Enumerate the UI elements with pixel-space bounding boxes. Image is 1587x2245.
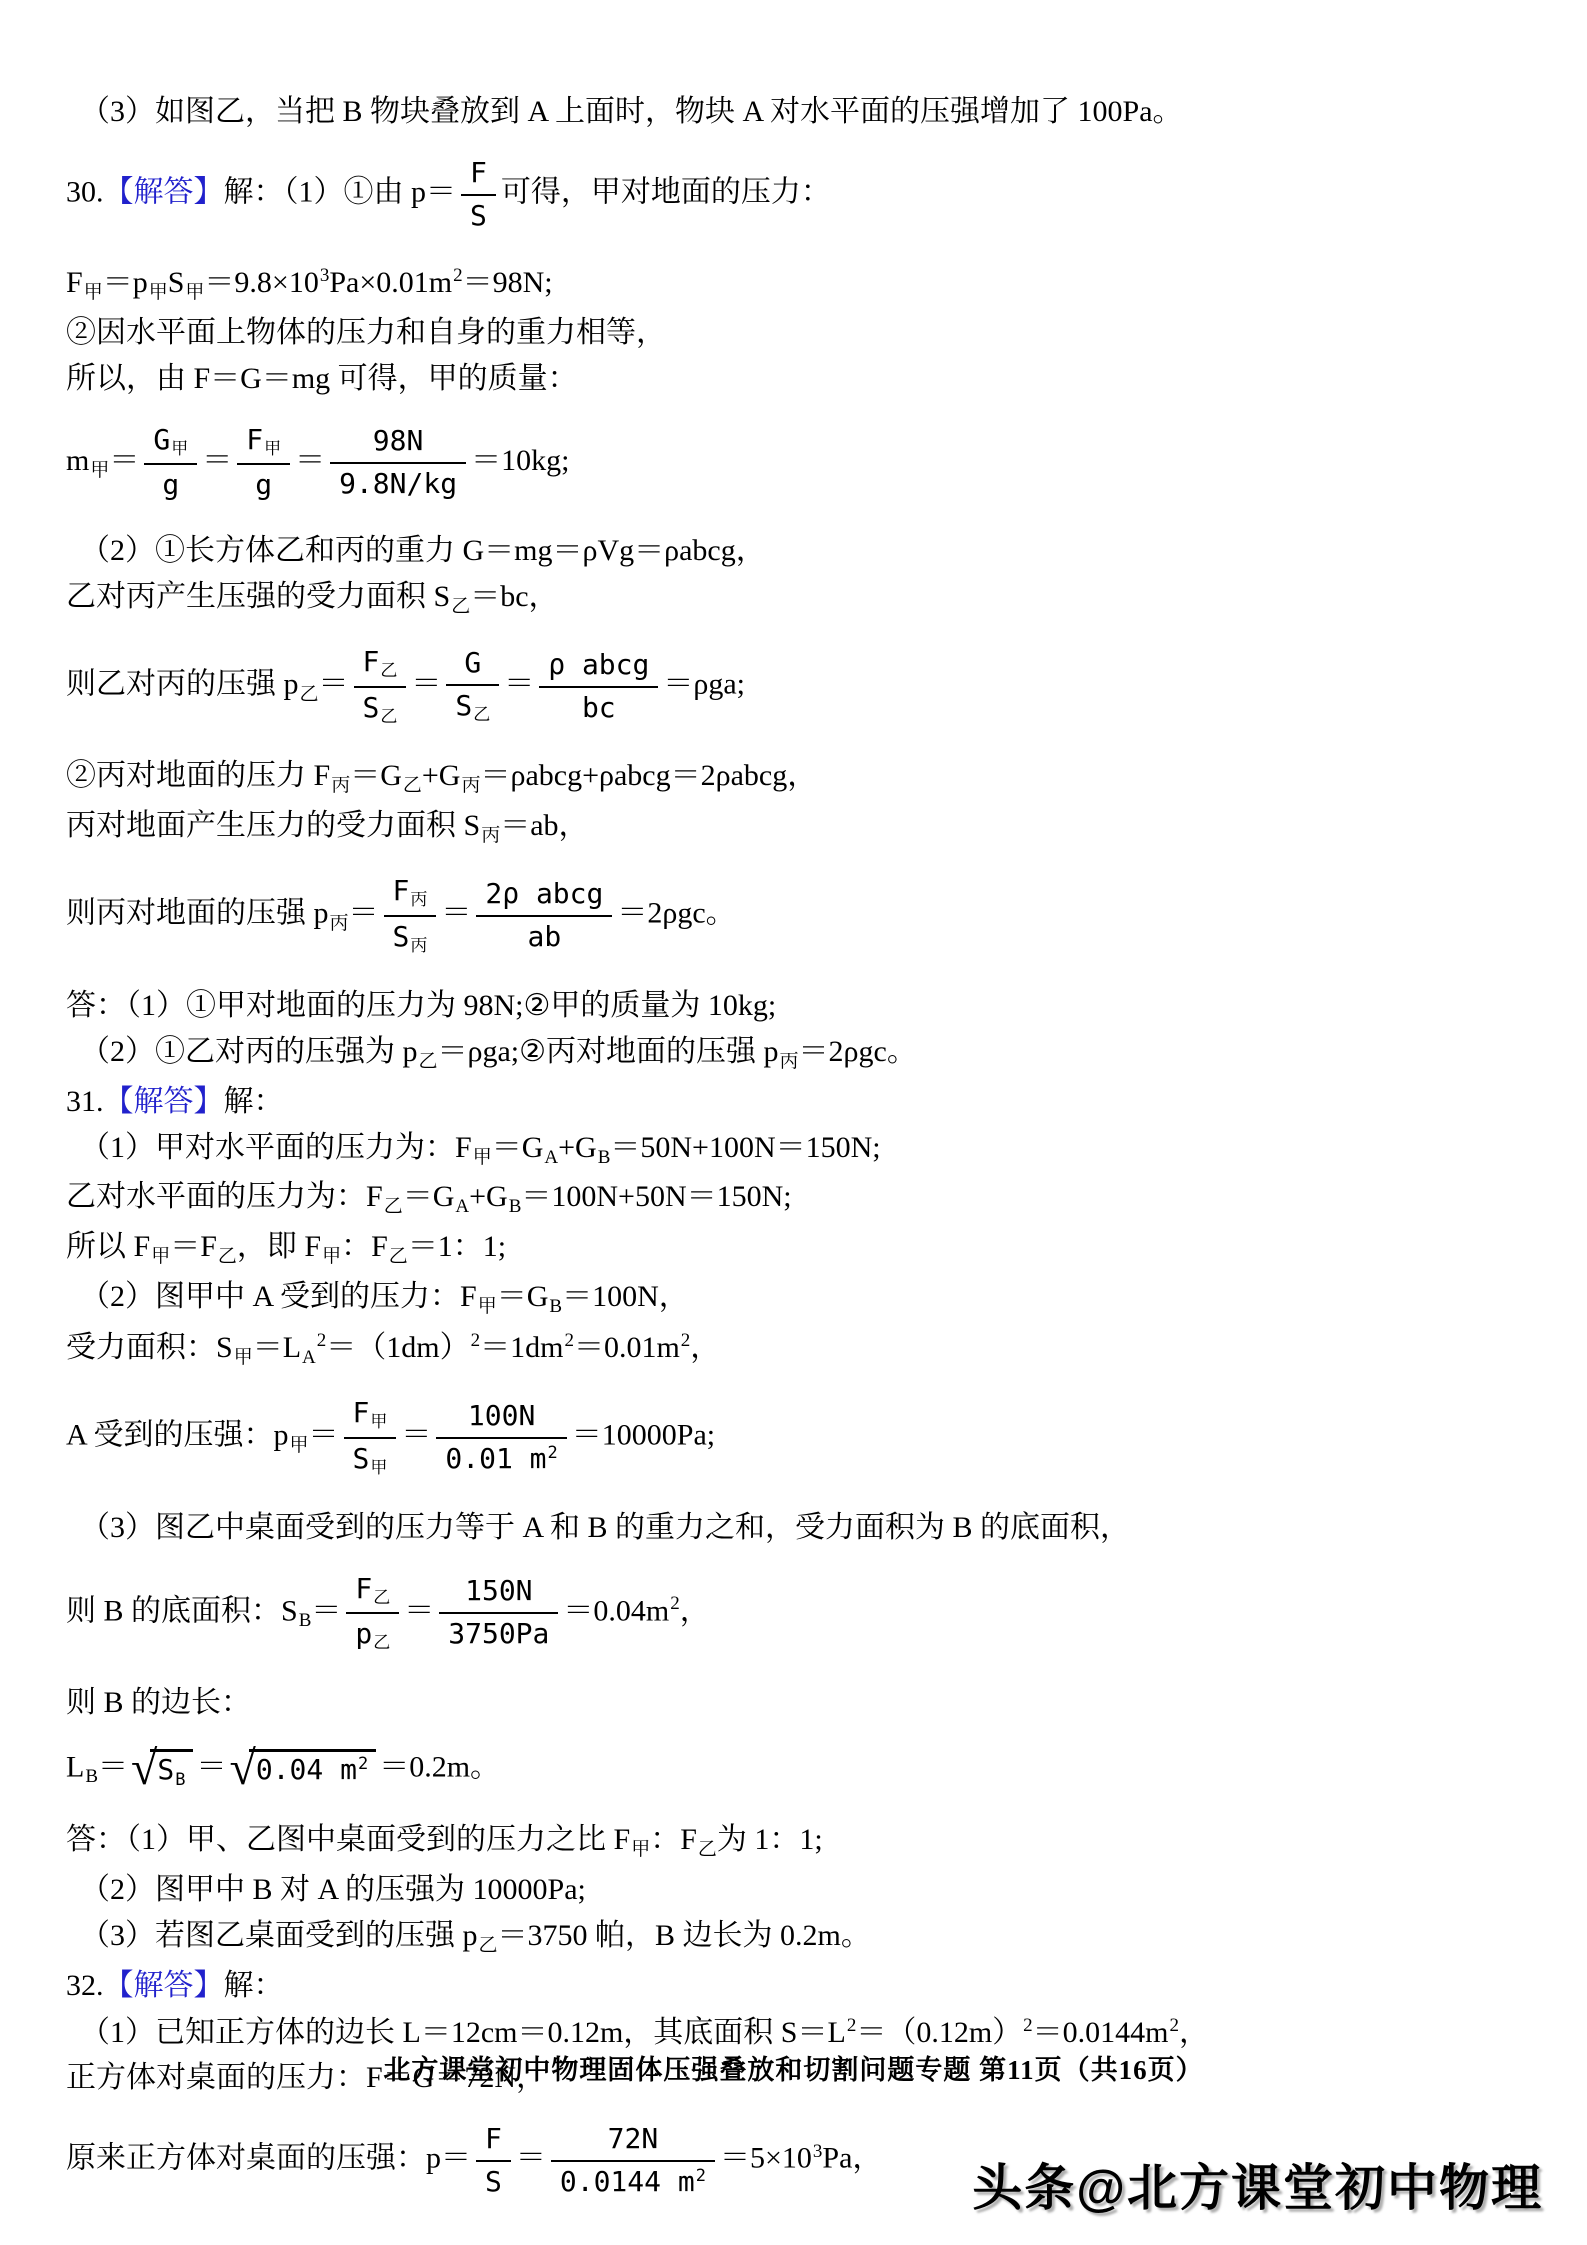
text-run: ＝10000Pa; (572, 1419, 715, 1452)
subscript: 丙 (410, 890, 427, 910)
fraction-numerator: F丙 (384, 876, 437, 917)
fraction-denominator: g (144, 465, 197, 501)
fraction: F甲S甲 (344, 1398, 397, 1477)
text-run: （3）如图乙，当把 B 物块叠放到 A 上面时，物块 A 对水平面的压强增加了 … (80, 95, 1183, 128)
doc-line-2: 30.【解答】解：（1）①由 p＝FS可得，甲对地面的压力： (66, 142, 1526, 252)
text-run: ＝ (319, 668, 349, 701)
text-run: 受力面积：S (66, 1331, 233, 1364)
fraction-numerator: 72N (551, 2124, 715, 2162)
subscript: 乙 (300, 684, 319, 705)
subscript: 甲 (185, 282, 204, 303)
text-run: 解： (224, 1969, 284, 2002)
text-run: S (470, 199, 487, 232)
text-run: ＝p (103, 266, 148, 299)
fraction-denominator: 3750Pa (439, 1614, 558, 1650)
text-run: F (363, 645, 380, 678)
subscript: 甲 (90, 460, 109, 481)
doc-line-25: LB＝√SB＝√0.04 m2＝0.2m。 (66, 1733, 1526, 1810)
subscript: A (455, 1196, 469, 1217)
subscript: 丙 (461, 775, 480, 796)
text-run: F (246, 423, 263, 456)
radicand: SB (150, 1749, 193, 1790)
text-run: p (355, 1617, 372, 1650)
text-run: F (470, 156, 487, 189)
subscript: 甲 (322, 1246, 341, 1267)
text-run: ＝5×10 (720, 2142, 812, 2175)
square-root: √0.04 m2 (229, 1749, 376, 1790)
text-run: F (355, 1572, 372, 1605)
subscript: A (302, 1347, 316, 1368)
text-run: 150N (465, 1574, 532, 1607)
text-run: 答：（1）①甲对地面的压力为 98N;②甲的质量为 10kg; (66, 989, 776, 1022)
fraction-numerator: 100N (436, 1401, 566, 1439)
text-run: +G (558, 1131, 597, 1164)
doc-line-22: （3）图乙中桌面受到的压力等于 A 和 B 的重力之和，受力面积为 B 的底面积… (66, 1512, 1526, 1544)
text-run: Pa×0.01m (329, 266, 452, 299)
text-run: 则丙对地面的压强 p (66, 897, 329, 930)
text-run: ＝0.0144m (1033, 2016, 1169, 2049)
text-run: ＝ (109, 444, 139, 477)
fraction: F乙S乙 (354, 647, 407, 726)
doc-line-5: 所以，由 F＝G＝mg 可得，甲的质量： (66, 363, 1526, 395)
fraction: F乙p乙 (346, 1574, 399, 1653)
subscript: 乙 (373, 1588, 390, 1608)
subscript: 甲 (234, 1347, 253, 1368)
text-run: 72N (608, 2122, 659, 2155)
subscript: A (544, 1147, 558, 1168)
text-run: （1）已知正方体的边长 L＝12cm＝0.12m，其底面积 S＝L (80, 2016, 846, 2049)
text-run: ＝ (309, 1419, 339, 1452)
text-run: （2）①长方体乙和丙的重力 G＝mg＝ρVg＝ρabcg， (80, 534, 766, 567)
text-run: ＝bc， (470, 580, 558, 613)
text-run: ＝100N， (562, 1280, 689, 1313)
text-run: ＝L (253, 1331, 301, 1364)
text-run: S (157, 1753, 174, 1786)
fraction-numerator: F甲 (344, 1398, 397, 1439)
text-run: Pa， (822, 2142, 882, 2175)
text-run: bc (582, 691, 616, 724)
text-run: 丙对地面产生压力的受力面积 S (66, 809, 480, 842)
doc-line-26: 答：（1）甲、乙图中桌面受到的压力之比 F甲：F乙为 1：1; (66, 1824, 1526, 1860)
text-run: ＝ (441, 897, 471, 930)
text-run: ＝F (170, 1230, 217, 1263)
doc-line-3: F甲＝p甲S甲＝9.8×103Pa×0.01m2＝98N; (66, 266, 1526, 303)
fraction-denominator: bc (539, 688, 658, 724)
answer-tag-label: 【解答】 (104, 1085, 224, 1118)
doc-line-27: （2）图甲中 B 对 A 的压强为 10000Pa; (66, 1874, 1526, 1906)
superscript: 2 (548, 1443, 558, 1463)
text-run: ＝3750 帕，B 边长为 0.2m。 (498, 1919, 871, 1952)
subscript: 甲 (631, 1839, 650, 1860)
text-run: ＝ (202, 444, 232, 477)
subscript: B (85, 1766, 98, 1787)
text-run: ＝2ρgc。 (799, 1035, 917, 1068)
subscript: 乙 (473, 705, 490, 725)
doc-line-30: （1）已知正方体的边长 L＝12cm＝0.12m，其底面积 S＝L2＝（0.12… (66, 2016, 1526, 2049)
subscript: 丙 (331, 775, 350, 796)
text-run: ＝0.04m (563, 1594, 669, 1627)
text-run: 32. (66, 1969, 104, 2002)
text-run: ＝ρga; (663, 668, 745, 701)
text-run: ＝100N+50N＝150N; (521, 1180, 791, 1213)
subscript: B (175, 1770, 185, 1790)
text-run: 则 B 的边长： (66, 1686, 251, 1719)
text-run: ＝98N; (463, 266, 553, 299)
text-run: F (353, 1396, 370, 1429)
superscript: 2 (847, 2015, 857, 2036)
doc-line-18: 所以 F甲＝F乙，即 F甲：F乙＝1：1; (66, 1231, 1526, 1267)
subscript: 甲 (264, 439, 281, 459)
text-run: ＝1：1; (408, 1230, 506, 1263)
doc-line-4: ②因水平面上物体的压力和自身的重力相等， (66, 317, 1526, 349)
subscript: 乙 (389, 1246, 408, 1267)
text-run: 所以，由 F＝G＝mg 可得，甲的质量： (66, 362, 578, 395)
text-run: ＝G (497, 1280, 549, 1313)
text-run: （2）①乙对丙的压强为 p (80, 1035, 418, 1068)
text-run: S (455, 689, 472, 722)
doc-line-13: 答：（1）①甲对地面的压力为 98N;②甲的质量为 10kg; (66, 990, 1526, 1022)
text-run: ＝ (411, 668, 441, 701)
text-run: 2ρ abcg (485, 877, 603, 910)
subscript: 乙 (451, 596, 470, 617)
text-run: ＝9.8×10 (204, 266, 318, 299)
text-run: m (66, 444, 89, 477)
text-run: ＝ρga;②丙对地面的压强 p (438, 1035, 779, 1068)
text-run: S (363, 691, 380, 724)
text-run: ＝0.2m。 (379, 1750, 500, 1783)
superscript: 2 (670, 1593, 680, 1614)
square-root: √SB (131, 1749, 193, 1790)
radicand: 0.04 m2 (249, 1749, 376, 1784)
text-run: ＝ (401, 1419, 431, 1452)
text-run: ， (1179, 2016, 1209, 2049)
subscript: 丙 (330, 913, 349, 934)
subscript: 乙 (380, 707, 397, 727)
text-run: F (66, 266, 83, 299)
fraction-numerator: F乙 (354, 647, 407, 688)
fraction-denominator: S丙 (384, 917, 437, 956)
text-run: ＝（1dm） (326, 1331, 469, 1364)
text-run: ρ abcg (548, 648, 649, 681)
text-run: ＝G (492, 1131, 544, 1164)
answer-tag-label: 【解答】 (104, 1969, 224, 2002)
fraction: 100N0.01 m2 (436, 1401, 566, 1475)
fraction-numerator: 98N (330, 426, 466, 464)
doc-line-23: 则 B 的底面积：SB＝F乙p乙＝150N3750Pa＝0.04m2， (66, 1558, 1526, 1673)
text-run: g (255, 468, 272, 501)
fraction-denominator: 9.8N/kg (330, 464, 466, 500)
text-run: ＝0.01m (574, 1331, 680, 1364)
subscript: B (549, 1296, 562, 1317)
text-run: 解： (224, 1085, 284, 1118)
text-run: （2）图甲中 A 受到的压力：F (80, 1280, 477, 1313)
subscript: 乙 (479, 1935, 498, 1956)
doc-line-21: A 受到的压强：p甲＝F甲S甲＝100N0.01 m2＝10000Pa; (66, 1382, 1526, 1497)
subscript: 乙 (373, 1633, 390, 1653)
doc-line-16: （1）甲对水平面的压力为：F甲＝GA+GB＝50N+100N＝150N; (66, 1132, 1526, 1168)
text-run: ＝ (504, 668, 534, 701)
fraction: 150N3750Pa (439, 1576, 558, 1650)
text-run: 可得，甲对地面的压力： (501, 176, 831, 209)
fraction-numerator: F (476, 2124, 511, 2162)
text-run: ＝50N+100N＝150N; (610, 1131, 880, 1164)
doc-line-29: 32.【解答】解： (66, 1970, 1526, 2002)
text-run: ：F (341, 1230, 388, 1263)
text-run: ：F (650, 1823, 697, 1856)
doc-line-19: （2）图甲中 A 受到的压力：F甲＝GB＝100N， (66, 1281, 1526, 1317)
fraction-denominator: S乙 (354, 688, 407, 727)
subscript: 甲 (171, 439, 188, 459)
text-run: 100N (468, 1399, 535, 1432)
fraction-numerator: F (461, 158, 496, 196)
superscript: 2 (453, 265, 463, 286)
text-run: ＝ (311, 1594, 341, 1627)
answer-tag-label: 【解答】 (104, 176, 224, 209)
text-run: （1）甲对水平面的压力为：F (80, 1131, 472, 1164)
superscript: 3 (320, 265, 330, 286)
fraction: ρ abcgbc (539, 650, 658, 724)
doc-line-17: 乙对水平面的压力为：F乙＝GA+GB＝100N+50N＝150N; (66, 1181, 1526, 1217)
text-run: +G (469, 1180, 508, 1213)
text-run: 乙对丙产生压强的受力面积 S (66, 580, 450, 613)
subscript: 丙 (410, 936, 427, 956)
text-run: ， (690, 1331, 720, 1364)
subscript: 乙 (419, 1051, 438, 1072)
fraction-numerator: ρ abcg (539, 650, 658, 688)
subscript: 乙 (403, 775, 422, 796)
doc-line-14: （2）①乙对丙的压强为 p乙＝ρga;②丙对地面的压强 p丙＝2ρgc。 (66, 1036, 1526, 1072)
text-run: F (485, 2122, 502, 2155)
doc-line-20: 受力面积：S甲＝LA2＝（1dm）2＝1dm2＝0.01m2， (66, 1331, 1526, 1368)
fraction-denominator: 0.01 m2 (436, 1439, 566, 1475)
fraction-numerator: F甲 (237, 425, 290, 466)
document-body: （3）如图乙，当把 B 物块叠放到 A 上面时，物块 A 对水平面的压强增加了 … (66, 96, 1526, 2232)
subscript: 甲 (370, 1458, 387, 1478)
text-run: ＝2ρgc。 (617, 897, 735, 930)
doc-line-6: m甲＝G甲g＝F甲g＝98N9.8N/kg＝10kg; (66, 409, 1526, 521)
doc-line-1: （3）如图乙，当把 B 物块叠放到 A 上面时，物块 A 对水平面的压强增加了 … (66, 96, 1526, 128)
subscript: 甲 (149, 282, 168, 303)
fraction: 98N9.8N/kg (330, 426, 466, 500)
superscript: 3 (813, 2141, 823, 2162)
fraction: GS乙 (446, 648, 499, 724)
subscript: 丙 (780, 1051, 799, 1072)
text-run: 解：（1）①由 p＝ (224, 176, 457, 209)
text-run: ＝ (295, 444, 325, 477)
text-run: 9.8N/kg (339, 467, 457, 500)
fraction-numerator: G (446, 648, 499, 686)
subscript: 乙 (380, 661, 397, 681)
doc-line-28: （3）若图乙桌面受到的压强 p乙＝3750 帕，B 边长为 0.2m。 (66, 1920, 1526, 1956)
text-run: ＝ab， (500, 809, 588, 842)
fraction-denominator: 0.0144 m2 (551, 2162, 715, 2198)
doc-line-8: 乙对丙产生压强的受力面积 S乙＝bc， (66, 581, 1526, 617)
page-footer: 北方课堂初中物理固体压强叠放和切割问题专题 第11页（共16页） (0, 2048, 1587, 2087)
text-run: ＝10kg; (471, 444, 569, 477)
text-run: ＝G (350, 759, 402, 792)
fraction: FS (461, 158, 496, 232)
fraction-numerator: F乙 (346, 1574, 399, 1615)
text-run: ＝ (516, 2142, 546, 2175)
fraction-denominator: S甲 (344, 1439, 397, 1478)
text-run: ＝（0.12m） (856, 2016, 1022, 2049)
doc-line-7: （2）①长方体乙和丙的重力 G＝mg＝ρVg＝ρabcg， (66, 535, 1526, 567)
fraction: G甲g (144, 425, 197, 501)
text-run: ＝ρabcg+ρabcg＝2ρabcg， (481, 759, 818, 792)
text-run: 所以 F (66, 1230, 150, 1263)
fraction-denominator: g (237, 465, 290, 501)
superscript: 2 (317, 1330, 327, 1351)
text-run: ②丙对地面的压力 F (66, 759, 330, 792)
text-run: S (485, 2165, 502, 2198)
fraction: 72N0.0144 m2 (551, 2124, 715, 2198)
fraction: F甲g (237, 425, 290, 501)
text-run: S (168, 266, 185, 299)
text-run: 0.01 m (445, 1442, 546, 1475)
fraction-numerator: 150N (439, 1576, 558, 1614)
text-run: L (66, 1750, 84, 1783)
subscript: B (598, 1147, 611, 1168)
text-run: 则 B 的底面积：S (66, 1594, 298, 1627)
text-run: ＝ (98, 1750, 128, 1783)
subscript: B (509, 1196, 522, 1217)
fraction-denominator: S乙 (446, 686, 499, 725)
text-run: G (464, 646, 481, 679)
text-run: ， (680, 1594, 710, 1627)
fraction: F丙S丙 (384, 876, 437, 955)
superscript: 2 (1170, 2015, 1180, 2036)
text-run: ＝1dm (480, 1331, 563, 1364)
text-run: S (353, 1442, 370, 1475)
fraction-denominator: S (476, 2162, 511, 2198)
doc-line-12: 则丙对地面的压强 p丙＝F丙S丙＝2ρ abcgab＝2ρgc。 (66, 860, 1526, 975)
superscript: 2 (696, 2166, 706, 2186)
fraction-denominator: ab (476, 917, 612, 953)
text-run: +G (422, 759, 461, 792)
text-run: ＝G (403, 1180, 455, 1213)
text-run: 0.04 m (256, 1753, 357, 1786)
text-run: 0.0144 m (560, 2165, 695, 2198)
text-run: 3750Pa (448, 1617, 549, 1650)
fraction-denominator: p乙 (346, 1614, 399, 1653)
subscript: 乙 (218, 1246, 237, 1267)
text-run: ，即 F (237, 1230, 321, 1263)
subscript: 甲 (290, 1435, 309, 1456)
text-run: S (393, 920, 410, 953)
text-run: 98N (373, 424, 424, 457)
text-run: 答：（1）甲、乙图中桌面受到的压力之比 F (66, 1823, 630, 1856)
fraction-denominator: S (461, 196, 496, 232)
superscript: 2 (681, 1330, 691, 1351)
doc-line-15: 31.【解答】解： (66, 1086, 1526, 1118)
text-run: g (162, 468, 179, 501)
doc-line-11: 丙对地面产生压力的受力面积 S丙＝ab， (66, 810, 1526, 846)
subscript: 甲 (370, 1412, 387, 1432)
text-run: ＝ (404, 1594, 434, 1627)
superscript: 2 (471, 1330, 481, 1351)
fraction: FS (476, 2124, 511, 2198)
superscript: 2 (1023, 2015, 1033, 2036)
text-run: （3）图乙中桌面受到的压力等于 A 和 B 的重力之和，受力面积为 B 的底面积… (80, 1511, 1130, 1544)
doc-line-24: 则 B 的边长： (66, 1687, 1526, 1719)
superscript: 2 (358, 1754, 368, 1774)
fraction-numerator: 2ρ abcg (476, 879, 612, 917)
subscript: 甲 (151, 1246, 170, 1267)
text-run: 则乙对丙的压强 p (66, 668, 299, 701)
text-run: 31. (66, 1085, 104, 1118)
text-run: ab (528, 920, 562, 953)
text-run: ＝ (196, 1750, 226, 1783)
document-page: （3）如图乙，当把 B 物块叠放到 A 上面时，物块 A 对水平面的压强增加了 … (0, 0, 1587, 2245)
text-run: F (393, 874, 410, 907)
subscript: 乙 (384, 1196, 403, 1217)
text-run: （3）若图乙桌面受到的压强 p (80, 1919, 478, 1952)
subscript: 甲 (84, 282, 103, 303)
doc-line-9: 则乙对丙的压强 p乙＝F乙S乙＝GS乙＝ρ abcgbc＝ρga; (66, 631, 1526, 746)
subscript: 甲 (473, 1147, 492, 1168)
text-run: G (153, 423, 170, 456)
subscript: B (299, 1610, 312, 1631)
subscript: 甲 (478, 1296, 497, 1317)
text-run: 乙对水平面的压力为：F (66, 1180, 383, 1213)
text-run: 原来正方体对桌面的压强：p＝ (66, 2142, 471, 2175)
fraction-numerator: G甲 (144, 425, 197, 466)
doc-line-10: ②丙对地面的压力 F丙＝G乙+G丙＝ρabcg+ρabcg＝2ρabcg， (66, 760, 1526, 796)
subscript: 丙 (481, 825, 500, 846)
text-run: ＝ (349, 897, 379, 930)
subscript: 乙 (698, 1839, 717, 1860)
superscript: 2 (564, 1330, 574, 1351)
watermark-badge: 头条@北方课堂初中物理 (972, 2148, 1543, 2220)
text-run: 30. (66, 176, 104, 209)
text-run: A 受到的压强：p (66, 1419, 289, 1452)
text-run: ②因水平面上物体的压力和自身的重力相等， (66, 316, 666, 349)
text-run: 为 1：1; (717, 1823, 823, 1856)
text-run: （2）图甲中 B 对 A 的压强为 10000Pa; (80, 1873, 586, 1906)
fraction: 2ρ abcgab (476, 879, 612, 953)
